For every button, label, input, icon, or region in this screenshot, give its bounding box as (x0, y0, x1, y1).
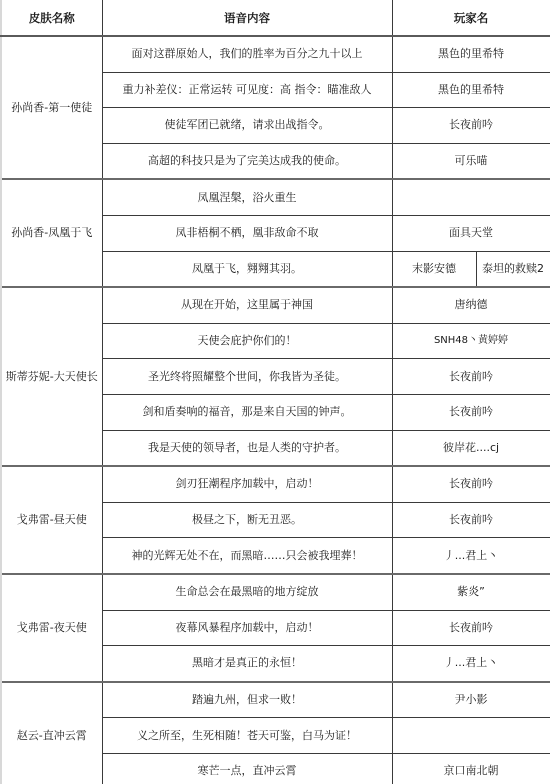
player-cell: SNH48丶黄婷婷 (392, 323, 550, 359)
voice-cell: 使徒军团已就绪，请求出战指令。 (102, 108, 392, 144)
player-cell: 紫炎” (392, 574, 550, 610)
player-cell: 丿...君上丶 (392, 538, 550, 574)
voice-cell: 圣光终将照耀整个世间，你我皆为圣徒。 (102, 359, 392, 395)
voice-cell: 凤非梧桐不栖，凰非敌命不取 (102, 215, 392, 251)
player-cell: 彼岸花....cj (392, 430, 550, 466)
player-cell: 长夜前吟 (392, 394, 550, 430)
player-cell: 可乐喵 (392, 143, 550, 179)
voice-cell: 夜幕风暴程序加载中，启动！ (102, 610, 392, 646)
skin-name-cell: 孙尚香-凤凰于飞 (1, 179, 102, 287)
skin-name-cell: 戈弗雷-夜天使 (1, 574, 102, 682)
player-cell: 长夜前吟 (392, 610, 550, 646)
voice-cell: 面对这群原始人，我们的胜率为百分之九十以上 (102, 36, 392, 72)
table-row: 戈弗雷-昼天使 剑刃狂潮程序加载中，启动！ 长夜前吟 (1, 466, 550, 502)
player-cell: 末影安德 (392, 251, 476, 287)
voice-cell: 极昼之下，断无丑恶。 (102, 502, 392, 538)
player-cell: 长夜前吟 (392, 108, 550, 144)
player-cell: 丿...君上丶 (392, 646, 550, 682)
voice-cell: 踏遍九州，但求一败！ (102, 682, 392, 718)
player-cell: 长夜前吟 (392, 359, 550, 395)
header-row: 皮肤名称 语音内容 玩家名 (1, 1, 550, 37)
skin-voice-table: 皮肤名称 语音内容 玩家名 孙尚香-第一使徒 面对这群原始人，我们的胜率为百分之… (0, 0, 550, 784)
player-cell: 尹小影 (392, 682, 550, 718)
header-skin-name: 皮肤名称 (1, 1, 102, 37)
voice-cell: 寒芒一点，直冲云霄 (102, 753, 392, 784)
skin-name-cell: 戈弗雷-昼天使 (1, 466, 102, 574)
voice-cell: 剑刃狂潮程序加载中，启动！ (102, 466, 392, 502)
player-cell: 京口南北朝 (392, 753, 550, 784)
voice-cell: 凤凰涅槃，浴火重生 (102, 179, 392, 215)
player-cell: 黑色的里希特 (392, 36, 550, 72)
player-cell: 面具天堂 (392, 215, 550, 251)
player-cell (392, 718, 550, 754)
voice-cell: 剑和盾奏响的福音，那是来自天国的钟声。 (102, 394, 392, 430)
voice-cell: 生命总会在最黑暗的地方绽放 (102, 574, 392, 610)
skin-name-cell: 孙尚香-第一使徒 (1, 36, 102, 179)
header-player-name: 玩家名 (392, 1, 550, 37)
player-cell (392, 179, 550, 215)
voice-cell: 神的光辉无处不在，而黑暗……只会被我埋葬！ (102, 538, 392, 574)
skin-name-cell: 赵云-直冲云霄 (1, 682, 102, 784)
header-voice-content: 语音内容 (102, 1, 392, 37)
player-cell: 唐纳德 (392, 287, 550, 323)
voice-cell: 黑暗才是真正的永恒！ (102, 646, 392, 682)
skin-name-cell: 斯蒂芬妮-大天使长 (1, 287, 102, 466)
voice-cell: 凤凰于飞，翙翙其羽。 (102, 251, 392, 287)
player-cell-secondary: 泰坦的救赎2 (476, 251, 550, 287)
table-row: 孙尚香-第一使徒 面对这群原始人，我们的胜率为百分之九十以上 黑色的里希特 (1, 36, 550, 72)
voice-cell: 我是天使的领导者，也是人类的守护者。 (102, 430, 392, 466)
voice-cell: 天使会庇护你们的！ (102, 323, 392, 359)
table-row: 赵云-直冲云霄 踏遍九州，但求一败！ 尹小影 (1, 682, 550, 718)
player-cell: 长夜前吟 (392, 466, 550, 502)
voice-cell: 高超的科技只是为了完美达成我的使命。 (102, 143, 392, 179)
player-cell: 黑色的里希特 (392, 72, 550, 108)
voice-cell: 从现在开始，这里属于神国 (102, 287, 392, 323)
voice-cell: 重力补差仪：正常运转 可见度：高 指令：瞄准敌人 (102, 72, 392, 108)
player-cell: 长夜前吟 (392, 502, 550, 538)
voice-cell: 义之所至，生死相随！苍天可鉴，白马为证！ (102, 718, 392, 754)
table-row: 斯蒂芬妮-大天使长 从现在开始，这里属于神国 唐纳德 (1, 287, 550, 323)
table-row: 戈弗雷-夜天使 生命总会在最黑暗的地方绽放 紫炎” (1, 574, 550, 610)
table-row: 孙尚香-凤凰于飞 凤凰涅槃，浴火重生 (1, 179, 550, 215)
